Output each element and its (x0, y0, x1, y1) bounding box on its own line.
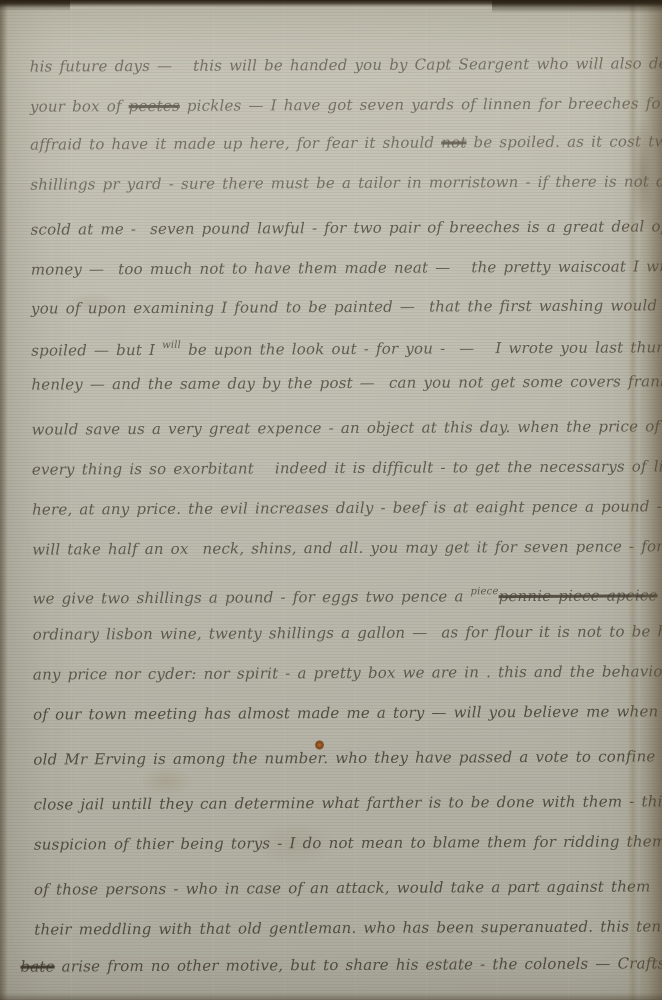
letter-line-10: would save us a very great expence - an … (32, 406, 650, 449)
letter-line-17: of our town meeting has almost made me a… (33, 691, 651, 734)
letter-line-16: any price nor cyder: nor spirit - a pret… (33, 651, 651, 694)
struck-word: not (441, 133, 466, 151)
letter-body: his future days — this will be handed yo… (21, 0, 652, 1000)
letter-line-11: every thing is so exorbitant indeed it i… (32, 446, 650, 489)
letter-line-8: spoiled — but I will be upon the look ou… (31, 323, 649, 366)
letter-line-18: old Mr Erving is among the number. who t… (33, 736, 651, 779)
superscript-insertion: will (162, 340, 181, 351)
paper-edge-bottom (0, 993, 662, 1000)
struck-word: peetes (129, 97, 180, 115)
letter-line-7: you of upon examining I found to be pain… (31, 285, 649, 328)
letter-line-23: bate arise from no other motive, but to … (20, 943, 652, 986)
letter-line-13: will take half an ox neck, shins, and al… (32, 526, 650, 569)
letter-line-2: your box of peetes pickles — I have got … (30, 83, 648, 126)
line-text: be upon the look out - for you - — I wro… (181, 338, 662, 359)
struck-word: bate (20, 957, 54, 975)
letter-line-12: here, at any price. the evil increases d… (32, 486, 650, 529)
line-text: arise from no other motive, but to share… (55, 954, 662, 976)
superscript-insertion: piece (471, 586, 499, 597)
letter-line-4: shillings pr yard - sure there must be a… (30, 161, 648, 204)
line-text: affraid to have it made up here, for fea… (30, 133, 441, 153)
line-text: pickles — I have got seven yards of linn… (180, 94, 662, 115)
letter-line-15: ordinary lisbon wine, twenty shillings a… (33, 611, 651, 654)
line-text: we give two shillings a pound - for eggs… (32, 587, 470, 607)
letter-line-5: scold at me - seven pound lawful - for t… (30, 206, 648, 249)
line-text: here, at any price. the evil increases d… (32, 497, 662, 518)
line-text: your box of (30, 97, 129, 116)
paper-edge-top-right (492, 0, 662, 13)
letter-line-21: of those persons - who in case of an att… (34, 866, 652, 909)
letter-line-14: we give two shillings a pound - for eggs… (32, 571, 650, 614)
letter-line-1: his future days — this will be handed yo… (30, 43, 648, 86)
line-text: spoiled — but I (31, 341, 162, 360)
letter-line-20: suspicion of thier being torys - I do no… (34, 821, 652, 864)
letter-page: his future days — this will be handed yo… (0, 0, 662, 1000)
letter-line-6: money — too much not to have them made n… (31, 246, 649, 289)
letter-line-9: henley — and the same day by the post — … (31, 361, 649, 404)
paper-edge-left (0, 0, 8, 1000)
paper-edge-right (636, 0, 662, 1000)
letter-line-19: close jail untill they can determine wha… (33, 781, 651, 824)
paper-edge-top-left (0, 0, 70, 11)
letter-line-3: affraid to have it made up here, for fea… (30, 121, 648, 164)
